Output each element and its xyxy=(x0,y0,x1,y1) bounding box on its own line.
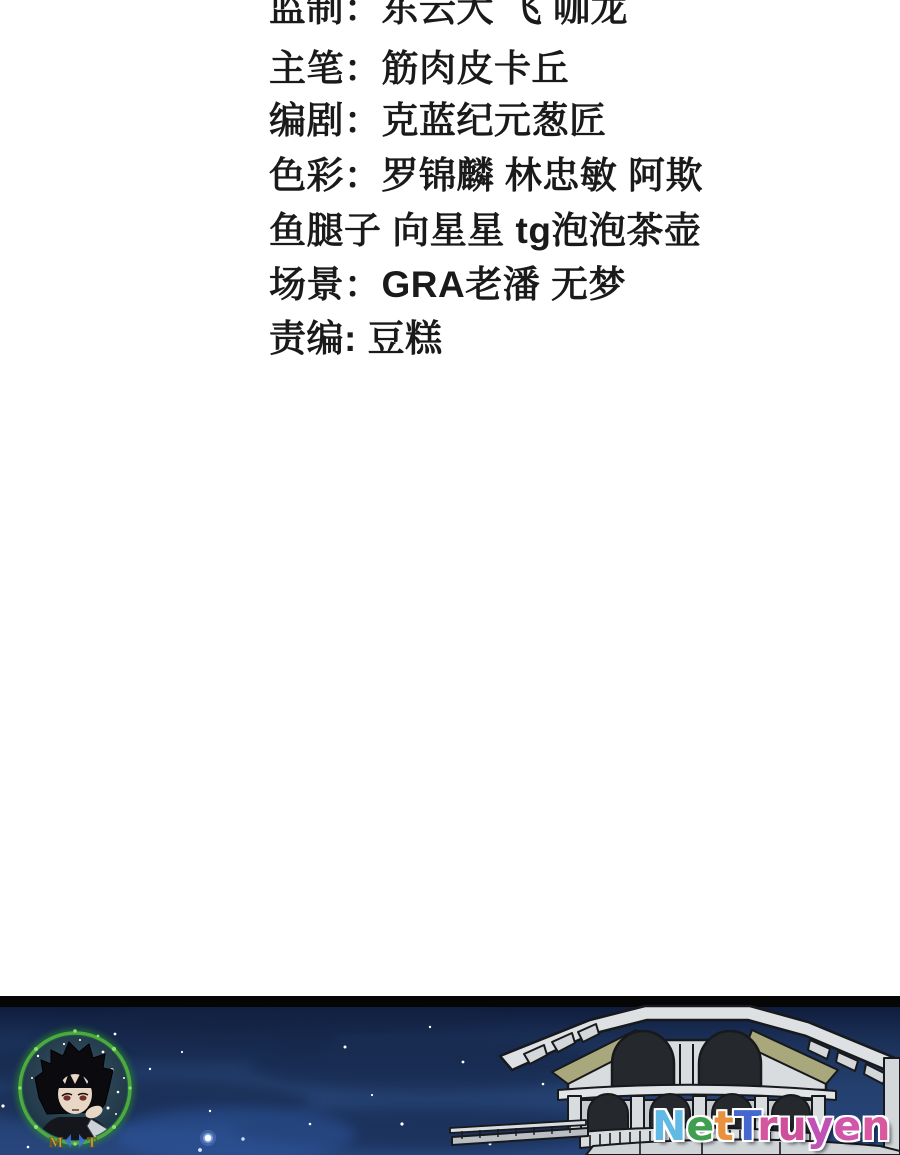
credit-line-colors-cont: 鱼腿子 向星星 tg泡泡茶壶 xyxy=(269,210,701,253)
watermark-letter: T xyxy=(734,1102,757,1150)
watermark-letter: n xyxy=(861,1102,890,1150)
avatar-initial-left: M xyxy=(49,1135,63,1151)
right-eye xyxy=(79,1095,86,1100)
credit-line-screenwriter: 编剧：克蓝纪元葱匠 xyxy=(269,100,607,143)
footer-scene: M T NetTruyen xyxy=(0,996,900,1155)
avatar-initial-right: T xyxy=(87,1135,97,1151)
column-2 xyxy=(631,1096,644,1132)
watermark-letter: t xyxy=(714,1102,734,1150)
arch-upper-left xyxy=(612,1031,674,1088)
watermark-letter: u xyxy=(777,1102,806,1150)
arch-upper-right xyxy=(699,1031,761,1088)
credit-line-supervisor: 监制：东云大 飞 咖龙 xyxy=(269,0,628,31)
arch-lower-1 xyxy=(588,1094,628,1132)
left-eye xyxy=(63,1095,70,1100)
site-watermark: NetTruyen xyxy=(652,1106,890,1147)
comic-page: 监制：东云大 飞 咖龙 主笔：筋肉皮卡丘 编剧：克蓝纪元葱匠 色彩：罗锦麟 林忠… xyxy=(0,0,900,1155)
credit-line-lead-artist: 主笔：筋肉皮卡丘 xyxy=(269,48,569,91)
credit-line-colors: 色彩：罗锦麟 林忠敏 阿欺 xyxy=(269,155,703,198)
credit-line-editor: 责编: 豆糕 xyxy=(269,318,443,361)
watermark-letter: N xyxy=(652,1102,686,1150)
watermark-letter: y xyxy=(807,1102,834,1150)
watermark-letter: e xyxy=(686,1102,714,1150)
watermark-letter: e xyxy=(833,1102,861,1150)
uploader-avatar: M T xyxy=(8,1022,142,1155)
watermark-letter: r xyxy=(757,1102,777,1150)
credit-line-scenes: 场景：GRA老潘 无梦 xyxy=(269,264,626,307)
